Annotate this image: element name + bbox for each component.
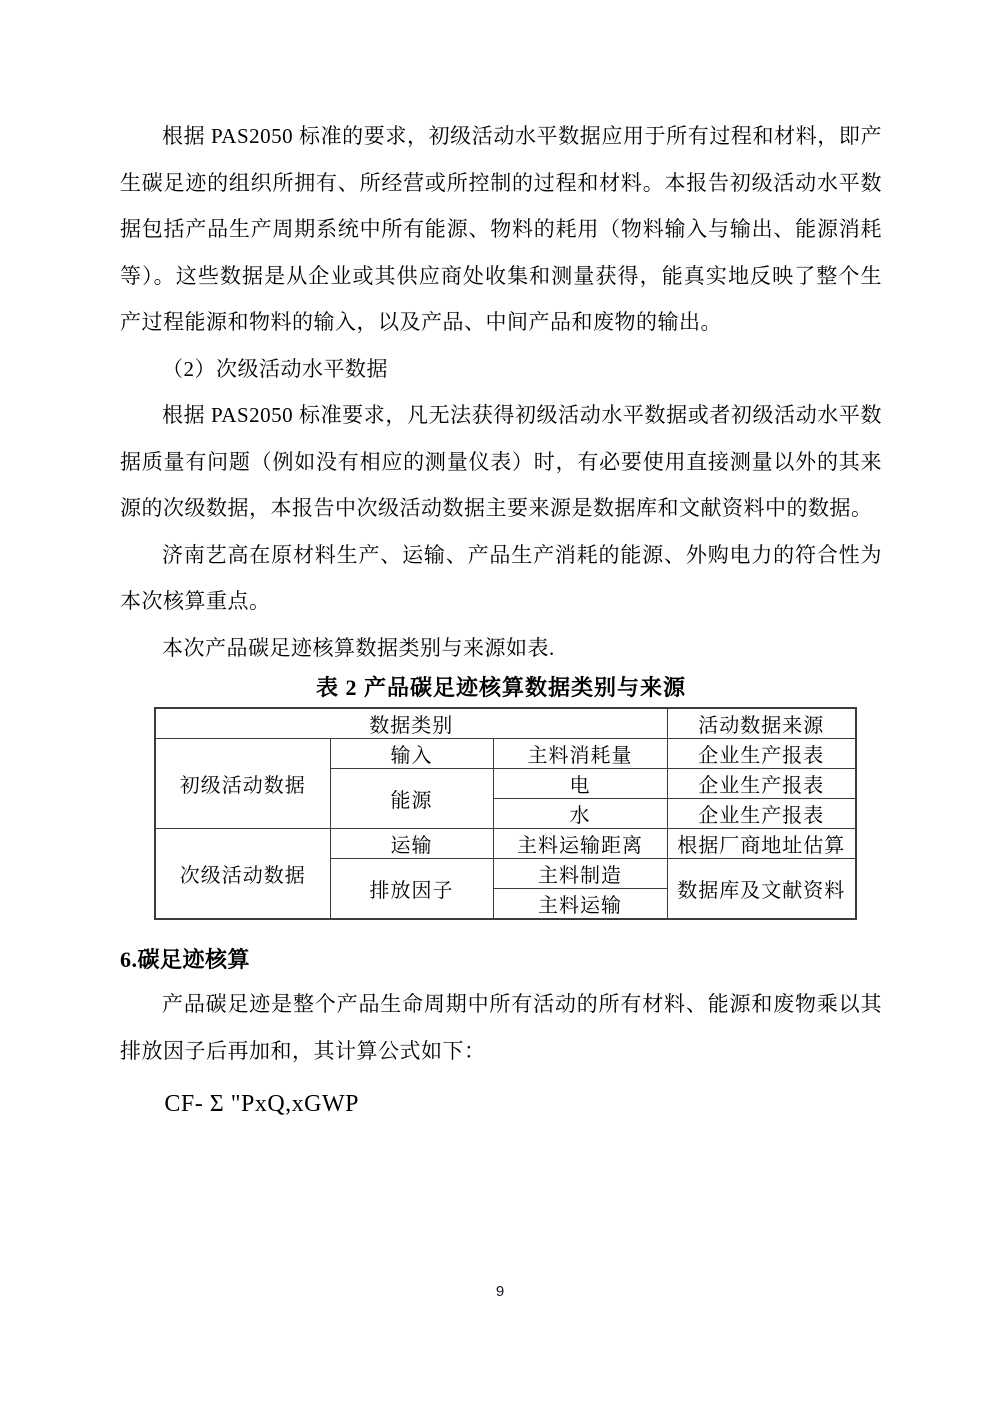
data-category-source-table: 数据类别 活动数据来源 初级活动数据 输入 主料消耗量 企业生产报表 能源 电 … <box>154 707 857 920</box>
cell-estimate-by-vendor-address: 根据厂商地址估算 <box>667 829 856 859</box>
document-page: 根据 PAS2050 标准的要求，初级活动水平数据应用于所有过程和材料，即产生碳… <box>0 0 1000 1415</box>
header-cell-data-category: 数据类别 <box>155 708 667 739</box>
cell-electricity: 电 <box>493 769 667 799</box>
cell-main-material-transport: 主料运输 <box>493 889 667 920</box>
table-row: 数据类别 活动数据来源 <box>155 708 856 739</box>
header-cell-activity-data-source: 活动数据来源 <box>667 708 856 739</box>
table-row: 次级活动数据 运输 主料运输距离 根据厂商地址估算 <box>155 829 856 859</box>
cell-database-and-literature: 数据库及文献资料 <box>667 859 856 920</box>
paragraph-carbon-footprint-definition: 产品碳足迹是整个产品生命周期中所有活动的所有材料、能源和废物乘以其排放因子后再加… <box>120 981 882 1074</box>
cell-transport: 运输 <box>330 829 493 859</box>
cell-enterprise-production-report: 企业生产报表 <box>667 799 856 829</box>
cell-water: 水 <box>493 799 667 829</box>
paragraph-primary-activity-data: 根据 PAS2050 标准的要求，初级活动水平数据应用于所有过程和材料，即产生碳… <box>120 113 882 346</box>
cell-input: 输入 <box>330 739 493 769</box>
section-6-heading: 6.碳足迹核算 <box>120 944 882 975</box>
paragraph-secondary-activity-data: 根据 PAS2050 标准要求，凡无法获得初级活动水平数据或者初级活动水平数据质… <box>120 392 882 532</box>
cell-enterprise-production-report: 企业生产报表 <box>667 739 856 769</box>
document-content: 根据 PAS2050 标准的要求，初级活动水平数据应用于所有过程和材料，即产生碳… <box>120 113 882 1122</box>
paragraph-accounting-focus: 济南艺高在原材料生产、运输、产品生产消耗的能源、外购电力的符合性为本次核算重点。 <box>120 532 882 625</box>
cell-energy: 能源 <box>330 769 493 829</box>
table-row: 初级活动数据 输入 主料消耗量 企业生产报表 <box>155 739 856 769</box>
cell-secondary-activity-data: 次级活动数据 <box>155 829 330 920</box>
cell-main-material-consumption: 主料消耗量 <box>493 739 667 769</box>
table-caption: 表 2 产品碳足迹核算数据类别与来源 <box>120 673 882 703</box>
cell-primary-activity-data: 初级活动数据 <box>155 739 330 829</box>
subheading-secondary-activity-data: （2）次级活动水平数据 <box>120 346 882 393</box>
page-number: 9 <box>0 1283 1000 1300</box>
carbon-footprint-formula: CF- Σ "PxQ,xGWP <box>120 1086 882 1122</box>
cell-emission-factor: 排放因子 <box>330 859 493 920</box>
cell-enterprise-production-report: 企业生产报表 <box>667 769 856 799</box>
cell-main-material-manufacture: 主料制造 <box>493 859 667 889</box>
paragraph-table-intro: 本次产品碳足迹核算数据类别与来源如表. <box>120 625 882 672</box>
cell-main-material-transport-distance: 主料运输距离 <box>493 829 667 859</box>
